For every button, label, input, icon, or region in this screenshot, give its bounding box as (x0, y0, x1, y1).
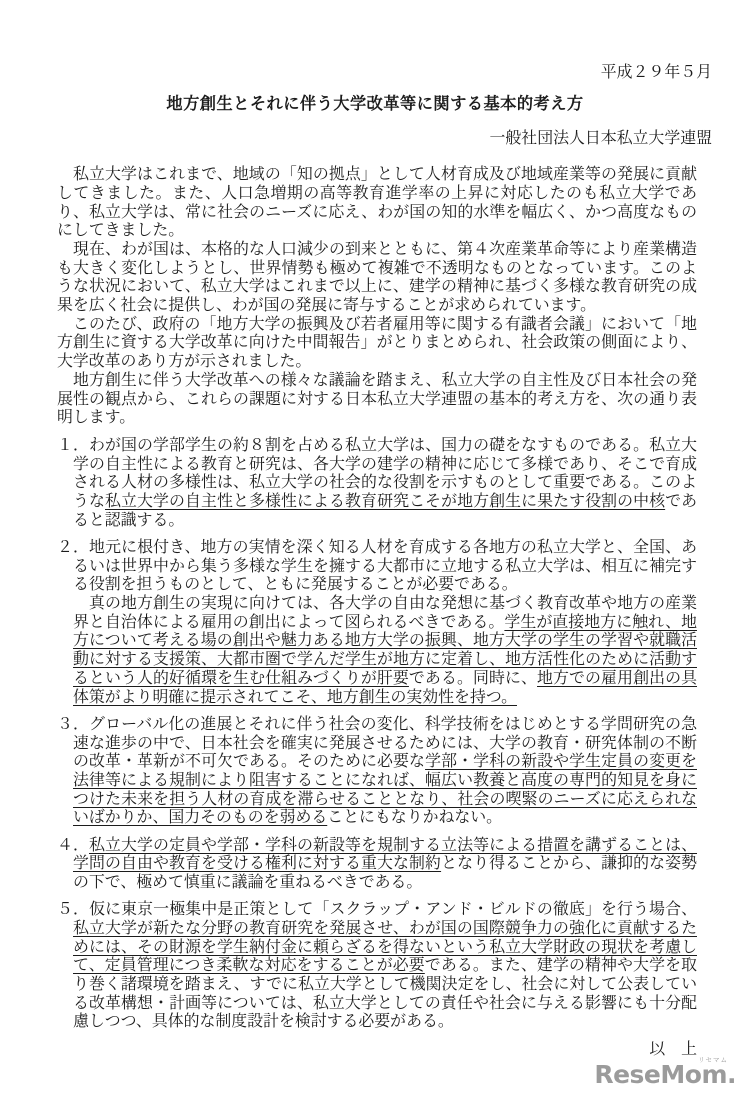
resemom-logo-text: ReseMom. (594, 1060, 736, 1089)
document-date: 平成２９年５月 (0, 0, 750, 83)
text-segment: ことにもなりかねない。 (327, 809, 502, 826)
list-item: ５．仮に東京一極集中是正策として「スクラップ・アンド・ビルドの徹底」を行う場合、… (57, 901, 697, 1032)
item-number: ４． (57, 837, 89, 854)
list-item: ２．地元に根付き、地方の実情を深く知る人材を育成する各地方の私立大学と、全国、あ… (57, 539, 697, 707)
item-paragraph: ２．地元に根付き、地方の実情を深く知る人材を育成する各地方の私立大学と、全国、あ… (73, 539, 697, 595)
item-paragraph: ４．私立大学の定員や学部・学科の新設等を規制する立法等による措置を講ずることは、… (73, 837, 697, 893)
item-paragraph: 真の地方創生の実現に向けては、各大学の自由な発想に基づく教育改革や地方の産業界と… (73, 595, 697, 707)
item-paragraph: ５．仮に東京一極集中是正策として「スクラップ・アンド・ビルドの徹底」を行う場合、… (73, 901, 697, 1032)
item-number: ２． (57, 539, 89, 556)
intro-paragraph: 地方創生に伴う大学改革への様々な議論を踏まえ、私立大学の自主性及び日本社会の発展… (57, 372, 697, 428)
intro: 私立大学はこれまで、地域の「知の拠点」として人材育成及び地域産業等の発展に貢献し… (57, 166, 697, 428)
intro-paragraph: このたび、政府の「地方大学の振興及び若者雇用等に関する有識者会議」において「地方… (57, 316, 697, 372)
text-segment: である。同時に、 (409, 670, 537, 687)
intro-paragraph: 私立大学はこれまで、地域の「知の拠点」として人材育成及び地域産業等の発展に貢献し… (57, 166, 697, 241)
item-number: ３． (57, 716, 89, 733)
list-item: ４．私立大学の定員や学部・学科の新設等を規制する立法等による措置を講ずることは、… (57, 837, 697, 893)
text-segment: 仮に東京一極集中是正策として「スクラップ・アンド・ビルドの徹底」を行う場合、 (89, 901, 697, 918)
organization-name: 一般社団法人日本私立大学連盟 (0, 130, 750, 149)
text-segment: 地元に根付き、地方の実情を深く知る人材を育成する各地方の私立大学と、全国、あるい… (73, 539, 697, 593)
item-number: ５． (57, 901, 89, 918)
item-number: １． (57, 437, 89, 454)
list-item: ３．グローバル化の進展とそれに伴う社会の変化、科学技術をはじめとする学問研究の急… (57, 716, 697, 828)
page-title: 地方創生とそれに伴う大学改革等に関する基本的考え方 (0, 95, 750, 114)
underlined-text: 私立大学の自主性と多様性による教育研究こそが地方創生に果たす役割の中核 (105, 493, 665, 510)
resemom-logo-ruby: リセマム (698, 1057, 728, 1064)
item-paragraph: ３．グローバル化の進展とそれに伴う社会の変化、科学技術をはじめとする学問研究の急… (73, 716, 697, 828)
intro-paragraph: 現在、わが国は、本格的な人口減少の到来とともに、第４次産業革命等により産業構造も… (57, 241, 697, 316)
list-item: １．わが国の学部学生の約８割を占める私立大学は、国力の礎をなすものである。私立大… (57, 437, 697, 531)
item-paragraph: １．わが国の学部学生の約８割を占める私立大学は、国力の礎をなすものである。私立大… (73, 437, 697, 531)
document-page: 平成２９年５月 地方創生とそれに伴う大学改革等に関する基本的考え方 一般社団法人… (0, 0, 750, 1096)
items-list: １．わが国の学部学生の約８割を占める私立大学は、国力の礎をなすものである。私立大… (57, 437, 697, 1032)
document-body: 私立大学はこれまで、地域の「知の拠点」として人材育成及び地域産業等の発展に貢献し… (57, 166, 697, 1032)
closing-mark: 以 上 (57, 1041, 697, 1060)
resemom-logo: ReseMom. リセマム (594, 1062, 736, 1087)
